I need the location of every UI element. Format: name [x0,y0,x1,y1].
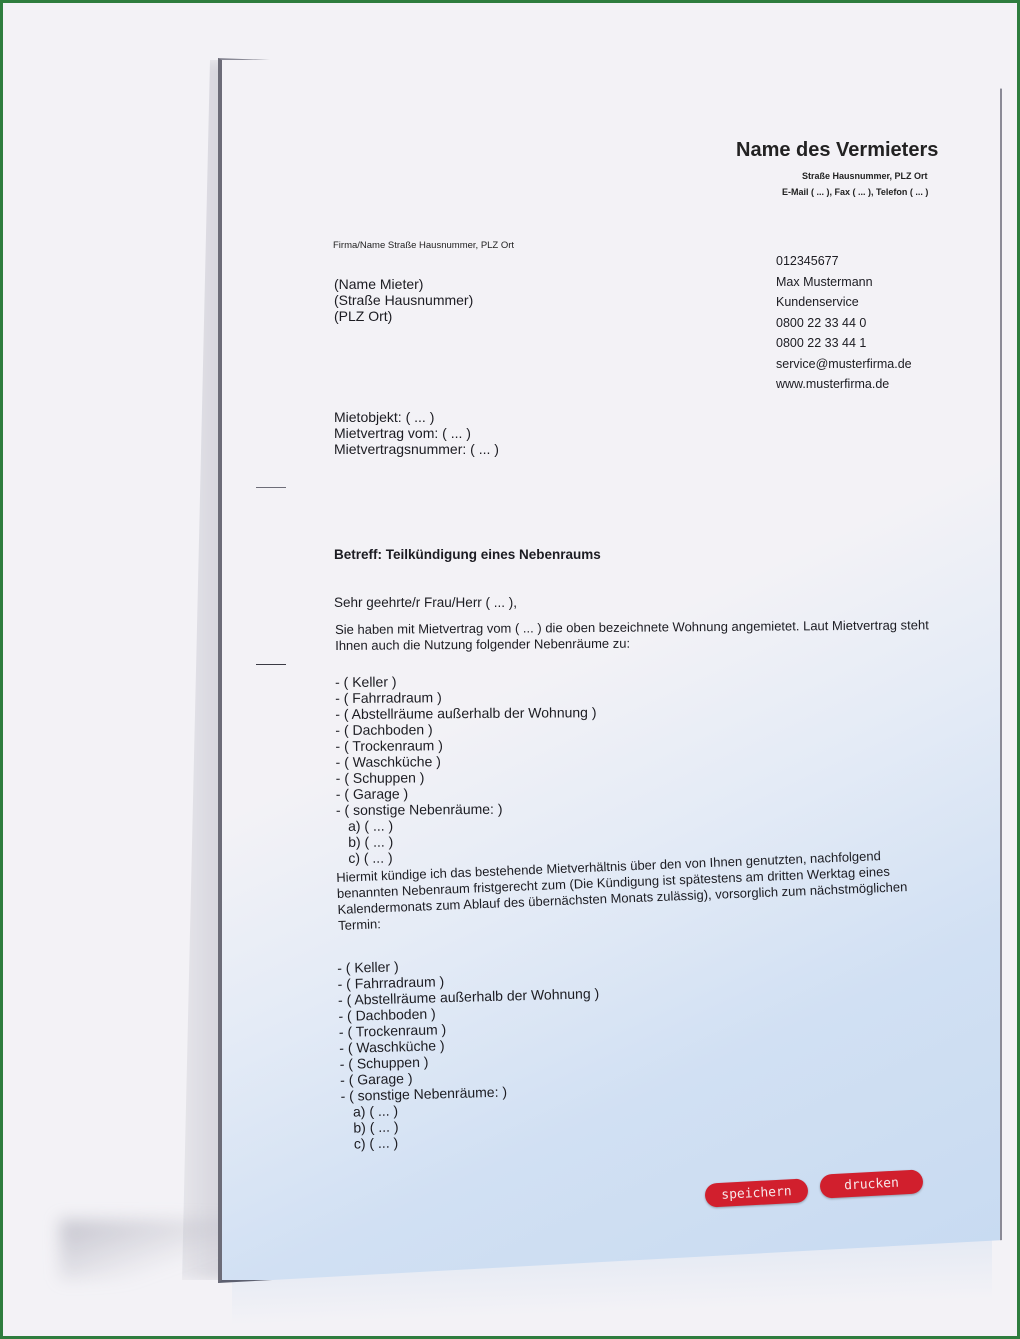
email: service@musterfirma.de [776,354,912,375]
list-item: - ( Garage ) [336,784,597,802]
list-sub-item: a) ( ... ) [336,816,597,834]
list-sub-item: b) ( ... ) [336,832,597,850]
intro-paragraph: Sie haben mit Mietvertrag vom ( ... ) di… [335,617,929,654]
sender-address: Straße Hausnummer, PLZ Ort [802,171,928,181]
reference-number: 012345677 [776,251,912,272]
rooms-list-2: - ( Keller ) - ( Fahrradraum ) - ( Abste… [337,953,603,1152]
list-item: - ( Waschküche ) [336,752,597,770]
recipient-line: (PLZ Ort) [334,308,473,324]
paragraph-line: Ihnen auch die Nutzung folgender Nebenrä… [335,633,929,654]
list-item: - ( Keller ) [335,672,596,690]
list-item: - ( Dachboden ) [335,720,596,738]
contact-block: 012345677 Max Mustermann Kundenservice 0… [776,251,912,395]
subject-line: Betreff: Teilkündigung eines Nebenraums [334,547,601,562]
phone: 0800 22 33 44 0 [776,313,912,334]
recipient-line: (Name Mieter) [334,276,473,292]
list-item: - ( Abstellräume außerhalb der Wohnung ) [335,704,596,722]
list-item: - ( Schuppen ) [336,768,597,786]
department: Kundenservice [776,292,912,313]
save-button[interactable]: speichern [704,1178,808,1207]
letter-content: Name des Vermieters Straße Hausnummer, P… [0,0,1020,1339]
list-item: - ( Fahrradraum ) [335,688,596,706]
return-address: Firma/Name Straße Hausnummer, PLZ Ort [333,240,514,251]
rooms-list-1: - ( Keller ) - ( Fahrradraum ) - ( Abste… [335,672,598,866]
sender-name: Name des Vermieters [736,139,938,162]
list-item: - ( Trockenraum ) [335,736,596,754]
contract-number: Mietvertragsnummer: ( ... ) [334,441,499,457]
punch-mark [256,664,286,665]
list-item: - ( sonstige Nebenräume: ) [336,800,597,818]
recipient-line: (Straße Hausnummer) [334,292,473,308]
salutation: Sehr geehrte/r Frau/Herr ( ... ), [334,595,517,610]
fold-mark [256,487,286,488]
contract-date: Mietvertrag vom: ( ... ) [334,425,499,441]
sender-contact: E-Mail ( ... ), Fax ( ... ), Telefon ( .… [782,187,928,197]
print-button[interactable]: drucken [819,1169,923,1198]
website: www.musterfirma.de [776,374,912,395]
recipient-address: (Name Mieter) (Straße Hausnummer) (PLZ O… [334,276,473,324]
contact-person: Max Mustermann [776,272,912,293]
reference-block: Mietobjekt: ( ... ) Mietvertrag vom: ( .… [334,409,499,457]
fax: 0800 22 33 44 1 [776,333,912,354]
rental-object: Mietobjekt: ( ... ) [334,409,499,425]
